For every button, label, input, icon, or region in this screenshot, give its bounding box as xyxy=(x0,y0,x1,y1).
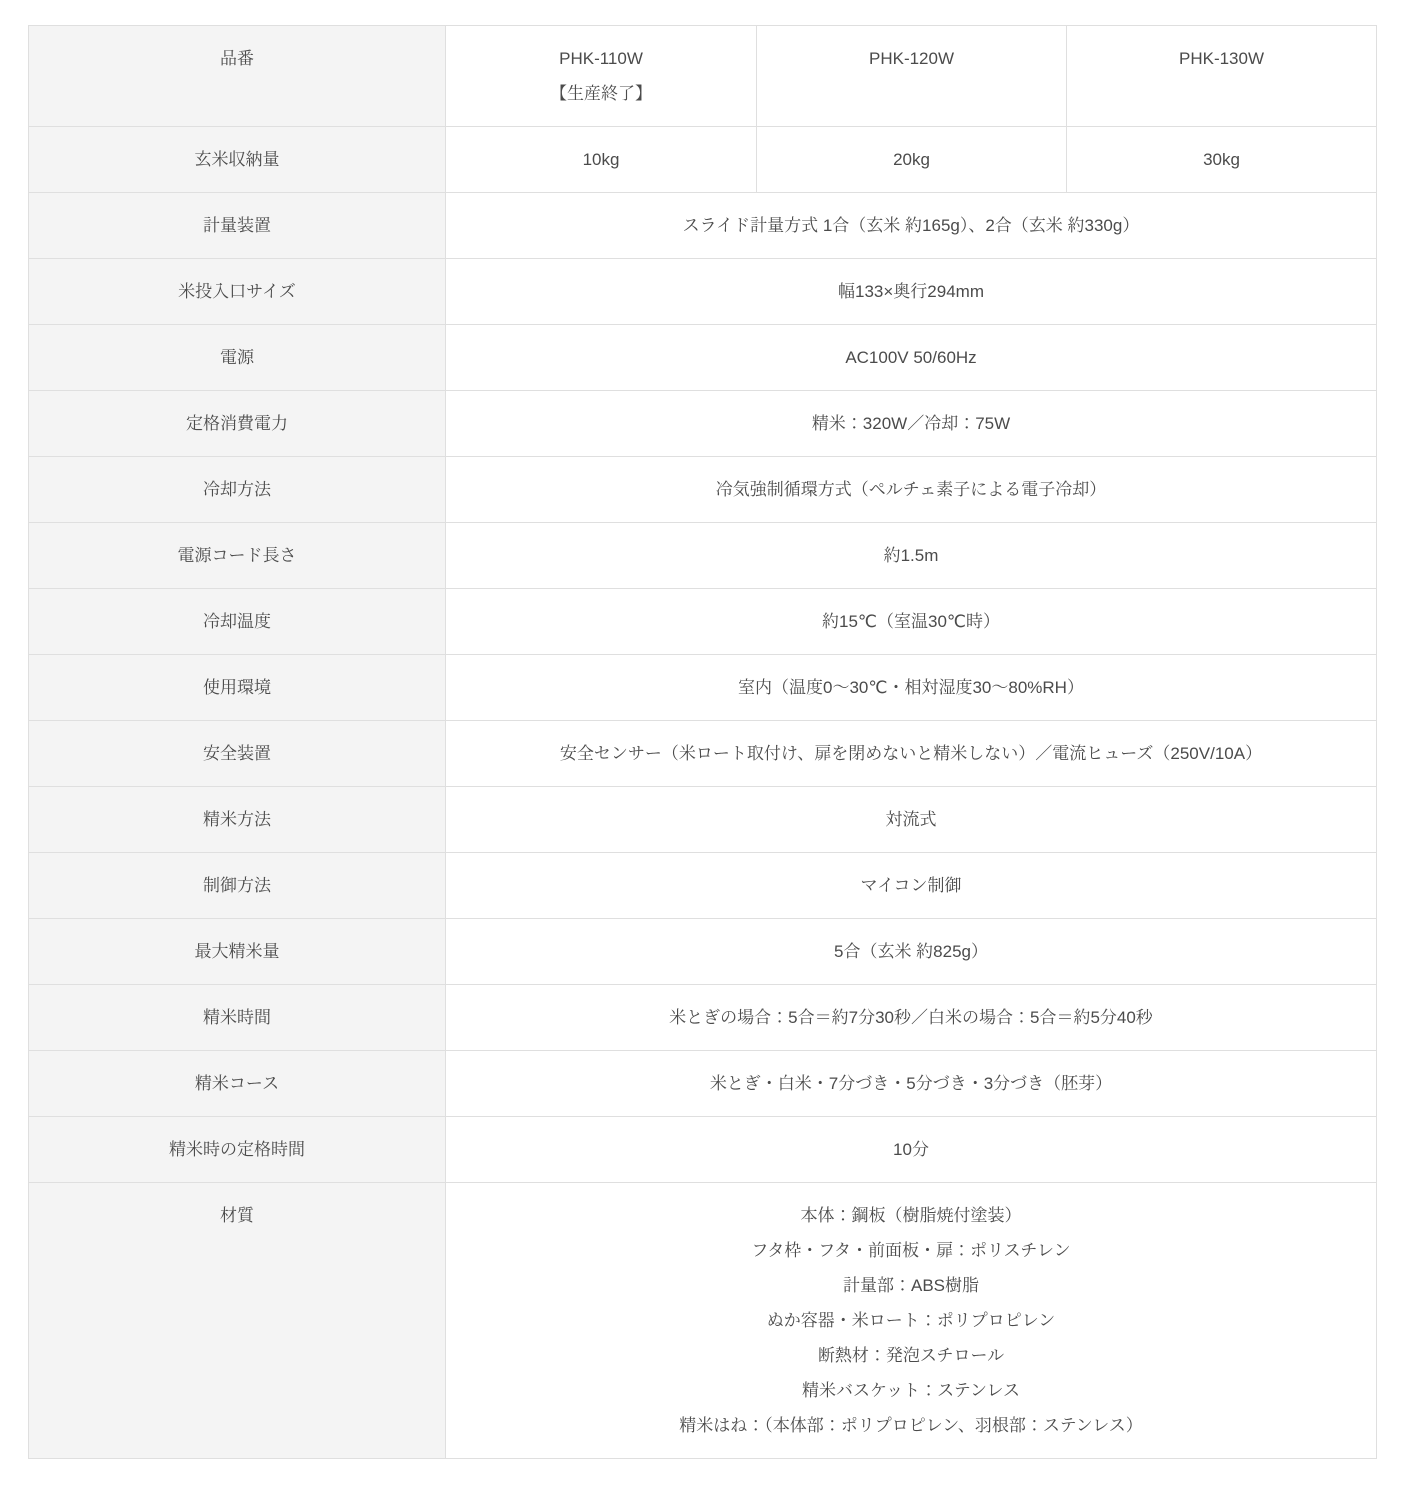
capacity-cell: 10kg xyxy=(446,127,757,193)
spec-row-label: 品番 xyxy=(29,26,446,127)
spec-row-label: 米投入口サイズ xyxy=(29,259,446,325)
table-row-cooling-temperature: 冷却温度 約15℃（室温30℃時） xyxy=(29,589,1377,655)
spec-value-cell: 対流式 xyxy=(446,787,1377,853)
page: 品番 PHK-110W 【生産終了】 PHK-120W PHK-130W 玄米収… xyxy=(0,0,1404,1500)
spec-value-cell: 室内（温度0〜30℃・相対湿度30〜80%RH） xyxy=(446,655,1377,721)
spec-row-label: 定格消費電力 xyxy=(29,391,446,457)
table-row-model-number: 品番 PHK-110W 【生産終了】 PHK-120W PHK-130W xyxy=(29,26,1377,127)
material-line: 精米はね：（本体部：ポリプロピレン、羽根部：ステンレス） xyxy=(458,1408,1364,1443)
material-line: 計量部：ABS樹脂 xyxy=(458,1268,1364,1303)
model-discontinued-note: 【生産終了】 xyxy=(458,76,744,111)
spec-value-cell: 幅133×奥行294mm xyxy=(446,259,1377,325)
spec-value-cell: マイコン制御 xyxy=(446,853,1377,919)
table-row-power-consumption: 定格消費電力 精米：320W／冷却：75W xyxy=(29,391,1377,457)
table-row-milling-method: 精米方法 対流式 xyxy=(29,787,1377,853)
spec-row-label: 使用環境 xyxy=(29,655,446,721)
table-row-cord-length: 電源コード長さ 約1.5m xyxy=(29,523,1377,589)
spec-row-label: 精米時間 xyxy=(29,985,446,1051)
table-row-rated-time: 精米時の定格時間 10分 xyxy=(29,1117,1377,1183)
material-line: 断熱材：発泡スチロール xyxy=(458,1338,1364,1373)
material-line: ぬか容器・米ロート：ポリプロピレン xyxy=(458,1303,1364,1338)
material-line: 精米バスケット：ステンレス xyxy=(458,1373,1364,1408)
materials-cell: 本体：鋼板（樹脂焼付塗装） フタ枠・フタ・前面板・扉：ポリスチレン 計量部：AB… xyxy=(446,1183,1377,1459)
spec-row-label: 電源コード長さ xyxy=(29,523,446,589)
spec-row-label: 冷却温度 xyxy=(29,589,446,655)
material-line: 本体：鋼板（樹脂焼付塗装） xyxy=(458,1198,1364,1233)
spec-value-cell: スライド計量方式 1合（玄米 約165g）、2合（玄米 約330g） xyxy=(446,193,1377,259)
spec-row-label: 計量装置 xyxy=(29,193,446,259)
model-cell: PHK-130W xyxy=(1067,26,1377,127)
table-row-milling-time: 精米時間 米とぎの場合：5合＝約7分30秒／白米の場合：5合＝約5分40秒 xyxy=(29,985,1377,1051)
product-spec-table: 品番 PHK-110W 【生産終了】 PHK-120W PHK-130W 玄米収… xyxy=(28,25,1377,1459)
capacity-cell: 20kg xyxy=(757,127,1067,193)
spec-row-label: 精米方法 xyxy=(29,787,446,853)
table-row-measuring-device: 計量装置 スライド計量方式 1合（玄米 約165g）、2合（玄米 約330g） xyxy=(29,193,1377,259)
table-row-safety-device: 安全装置 安全センサー（米ロート取付け、扉を閉めないと精米しない）／電流ヒューズ… xyxy=(29,721,1377,787)
table-row-operating-environment: 使用環境 室内（温度0〜30℃・相対湿度30〜80%RH） xyxy=(29,655,1377,721)
table-row-cooling-method: 冷却方法 冷気強制循環方式（ペルチェ素子による電子冷却） xyxy=(29,457,1377,523)
spec-row-label: 精米時の定格時間 xyxy=(29,1117,446,1183)
spec-row-label: 玄米収納量 xyxy=(29,127,446,193)
spec-table-body: 品番 PHK-110W 【生産終了】 PHK-120W PHK-130W 玄米収… xyxy=(29,26,1377,1459)
spec-value-cell: 米とぎの場合：5合＝約7分30秒／白米の場合：5合＝約5分40秒 xyxy=(446,985,1377,1051)
spec-value-cell: 10分 xyxy=(446,1117,1377,1183)
spec-value-cell: 冷気強制循環方式（ペルチェ素子による電子冷却） xyxy=(446,457,1377,523)
spec-row-label: 最大精米量 xyxy=(29,919,446,985)
spec-value-cell: 5合（玄米 約825g） xyxy=(446,919,1377,985)
table-row-max-milling-amount: 最大精米量 5合（玄米 約825g） xyxy=(29,919,1377,985)
spec-row-label: 冷却方法 xyxy=(29,457,446,523)
model-name: PHK-120W xyxy=(769,41,1054,76)
material-line: フタ枠・フタ・前面板・扉：ポリスチレン xyxy=(458,1233,1364,1268)
spec-value-cell: 米とぎ・白米・7分づき・5分づき・3分づき（胚芽） xyxy=(446,1051,1377,1117)
model-cell: PHK-120W xyxy=(757,26,1067,127)
spec-row-label: 制御方法 xyxy=(29,853,446,919)
model-cell: PHK-110W 【生産終了】 xyxy=(446,26,757,127)
spec-value-cell: AC100V 50/60Hz xyxy=(446,325,1377,391)
table-row-inlet-size: 米投入口サイズ 幅133×奥行294mm xyxy=(29,259,1377,325)
spec-value-cell: 安全センサー（米ロート取付け、扉を閉めないと精米しない）／電流ヒューズ（250V… xyxy=(446,721,1377,787)
spec-row-label: 材質 xyxy=(29,1183,446,1459)
spec-value-cell: 精米：320W／冷却：75W xyxy=(446,391,1377,457)
spec-row-label: 安全装置 xyxy=(29,721,446,787)
spec-value-cell: 約15℃（室温30℃時） xyxy=(446,589,1377,655)
capacity-cell: 30kg xyxy=(1067,127,1377,193)
table-row-rice-capacity: 玄米収納量 10kg 20kg 30kg xyxy=(29,127,1377,193)
spec-row-label: 精米コース xyxy=(29,1051,446,1117)
table-row-control-method: 制御方法 マイコン制御 xyxy=(29,853,1377,919)
table-row-materials: 材質 本体：鋼板（樹脂焼付塗装） フタ枠・フタ・前面板・扉：ポリスチレン 計量部… xyxy=(29,1183,1377,1459)
table-row-power-supply: 電源 AC100V 50/60Hz xyxy=(29,325,1377,391)
spec-row-label: 電源 xyxy=(29,325,446,391)
model-name: PHK-130W xyxy=(1079,41,1364,76)
spec-value-cell: 約1.5m xyxy=(446,523,1377,589)
table-row-milling-courses: 精米コース 米とぎ・白米・7分づき・5分づき・3分づき（胚芽） xyxy=(29,1051,1377,1117)
model-name: PHK-110W xyxy=(458,41,744,76)
